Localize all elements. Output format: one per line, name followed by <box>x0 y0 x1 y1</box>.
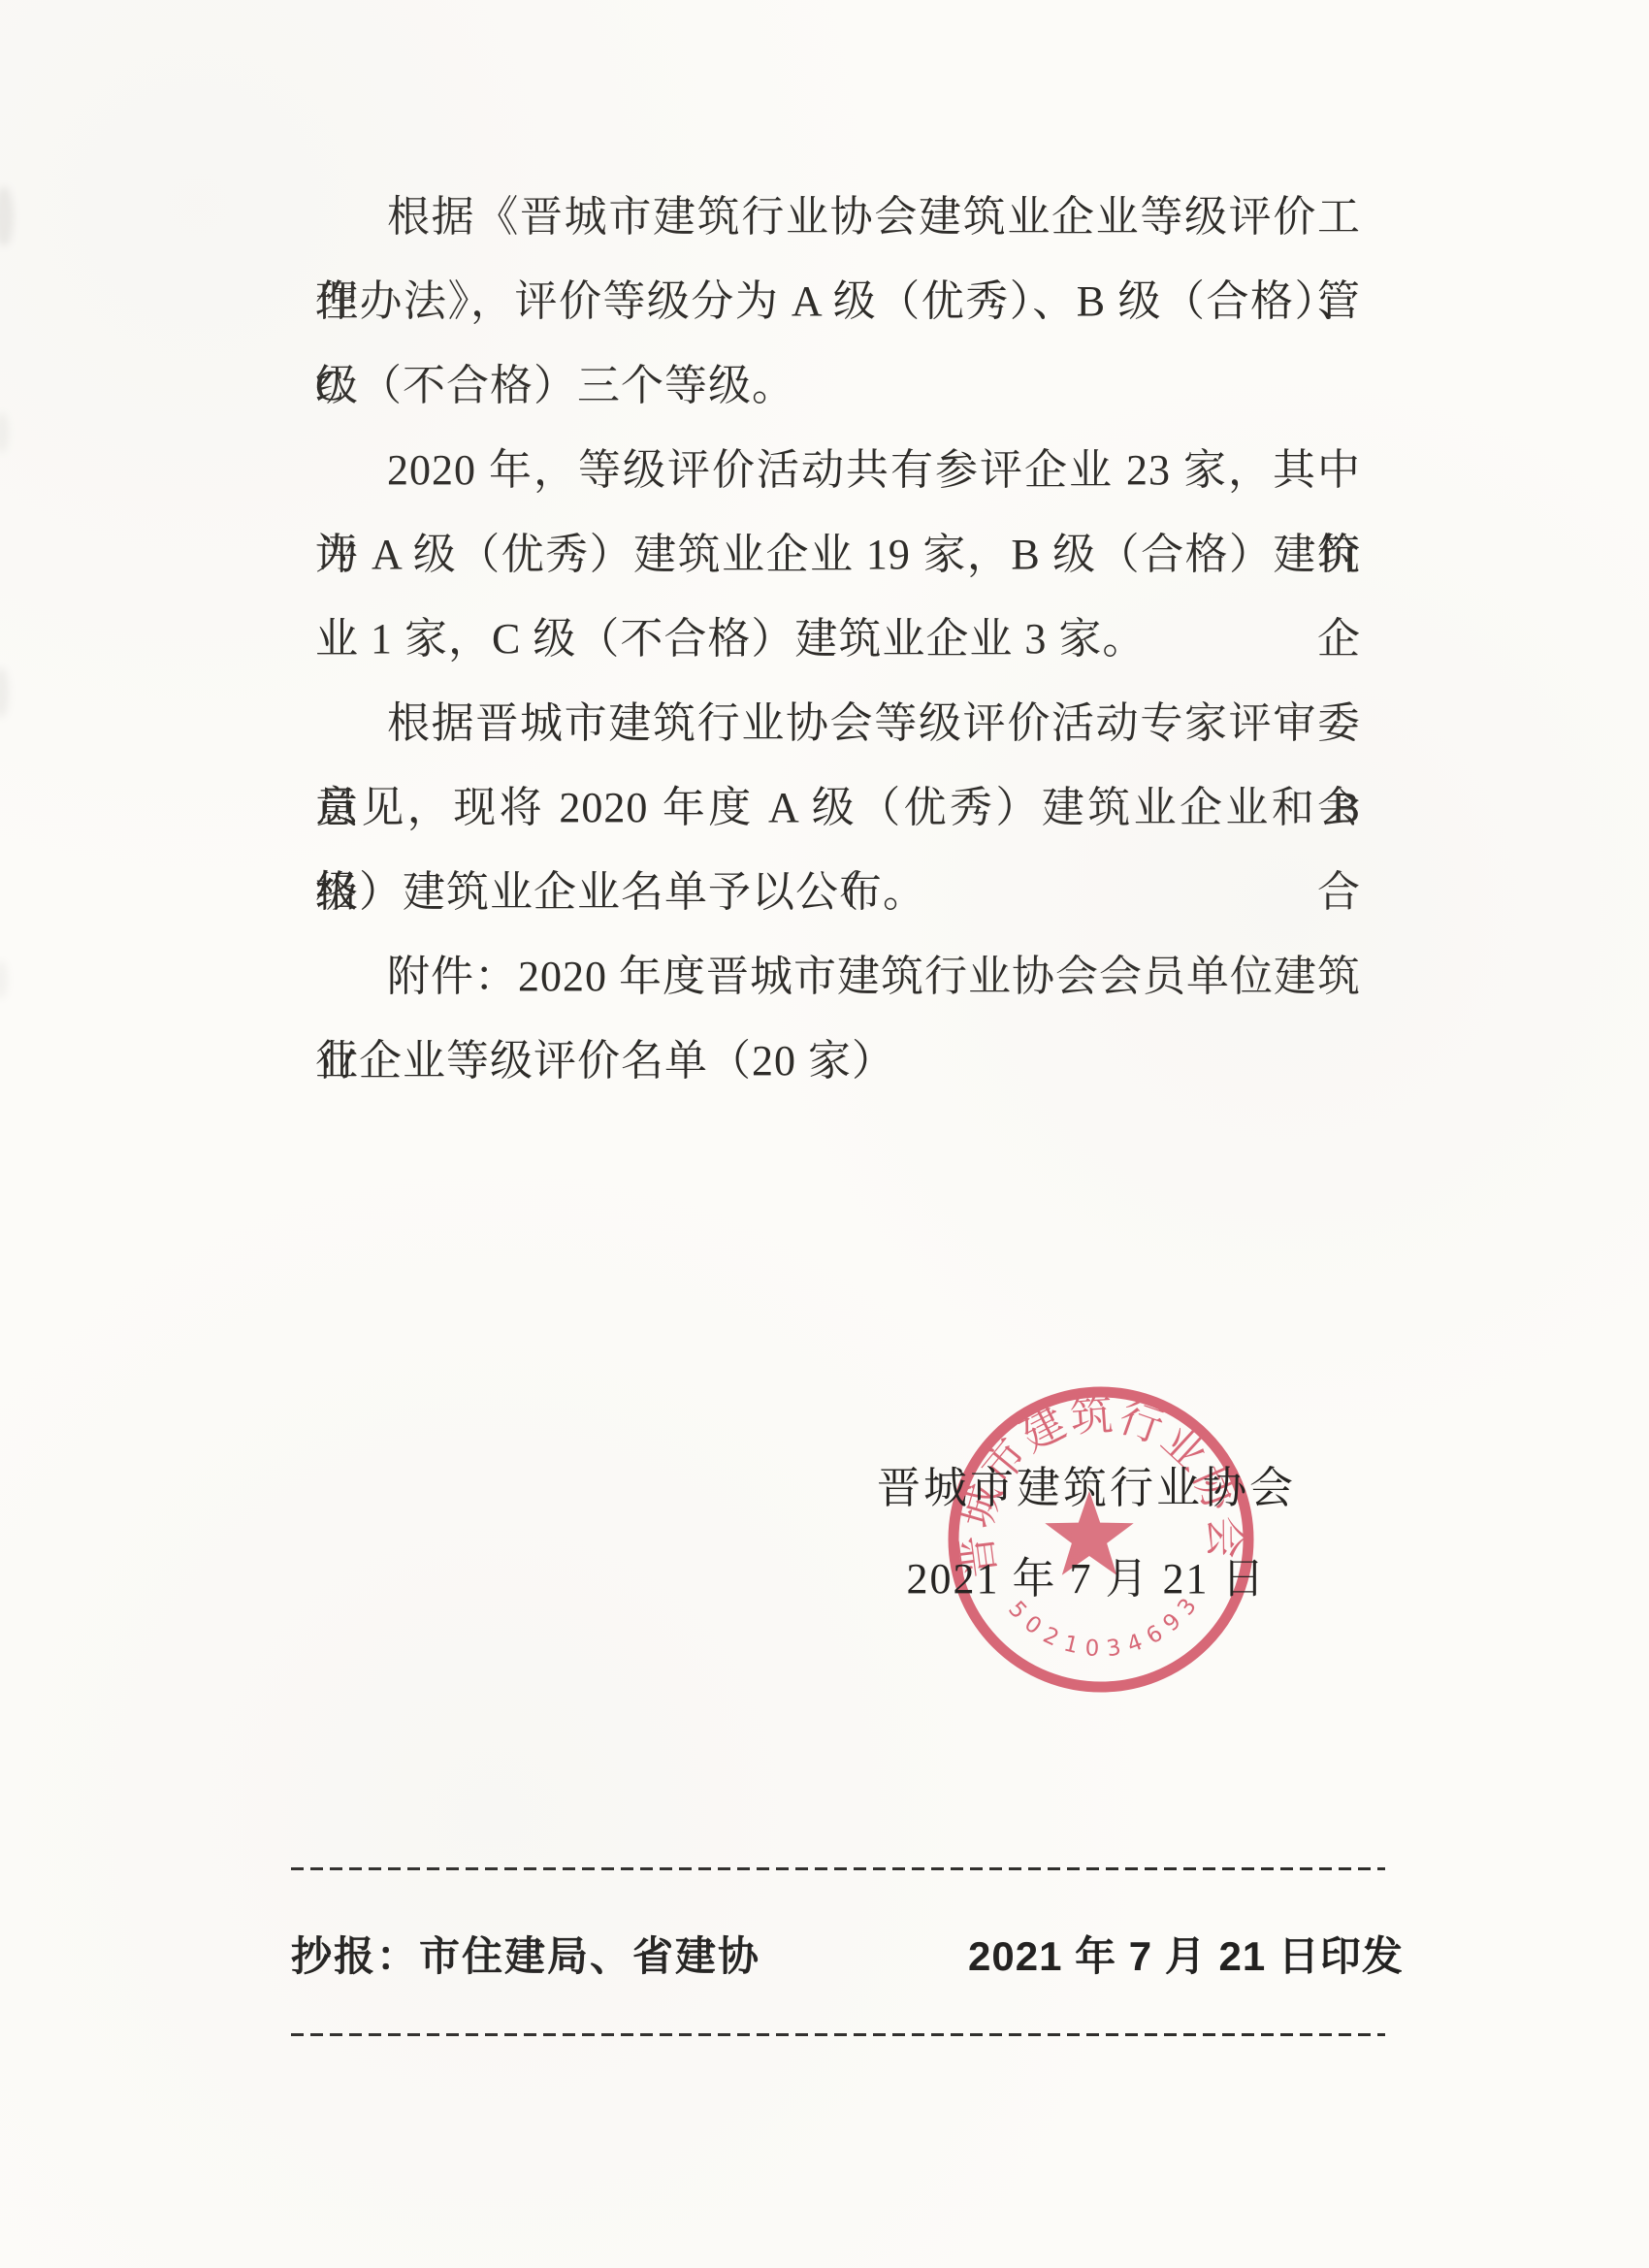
body-line: 理办法》，评价等级分为 A 级（优秀）、B 级（合格）、C <box>315 259 1361 343</box>
scan-smudge <box>0 667 9 718</box>
scanned-document-page: 根据《晋城市建筑行业协会建筑业企业等级评价工作管 理办法》，评价等级分为 A 级… <box>0 0 1649 2268</box>
body-line: 级（不合格）三个等级。 <box>315 343 1361 428</box>
signature-org-name: 晋城市建筑行业协会 <box>873 1463 1300 1513</box>
footer-copy-to: 抄报：市住建局、省建协 <box>291 1925 760 1983</box>
footer-imprint-date: 2021 年 7 月 21 日印发 <box>968 1925 1404 1983</box>
body-line: 2020 年，等级评价活动共有参评企业 23 家，其中评价 <box>315 428 1361 512</box>
signature-block: 晋城市建筑行业协会 2021 年 7 月 21 日 <box>873 1463 1300 1604</box>
scan-smudge <box>0 412 9 453</box>
body-line: 附件：2020 年度晋城市建筑行业协会会员单位建筑行 <box>315 934 1361 1019</box>
scan-smudge <box>0 186 14 246</box>
body-line: 根据晋城市建筑行业协会等级评价活动专家评审委员会 <box>315 681 1361 765</box>
scan-smudge <box>0 960 8 999</box>
signature-date: 2021 年 7 月 21 日 <box>873 1554 1300 1604</box>
footer-separator-bottom <box>291 2033 1385 2036</box>
document-body-text: 根据《晋城市建筑行业协会建筑业企业等级评价工作管 理办法》，评价等级分为 A 级… <box>315 175 1361 1103</box>
footer-separator-top <box>291 1867 1385 1870</box>
body-line: 业企业等级评价名单（20 家） <box>315 1019 1361 1103</box>
body-line: 意见，现将 2020 年度 A 级（优秀）建筑业企业和 B 级（合 <box>315 765 1361 850</box>
body-line: 为 A 级（优秀）建筑业企业 19 家，B 级（合格）建筑业企 <box>315 512 1361 597</box>
body-line: 根据《晋城市建筑行业协会建筑业企业等级评价工作管 <box>315 175 1361 259</box>
